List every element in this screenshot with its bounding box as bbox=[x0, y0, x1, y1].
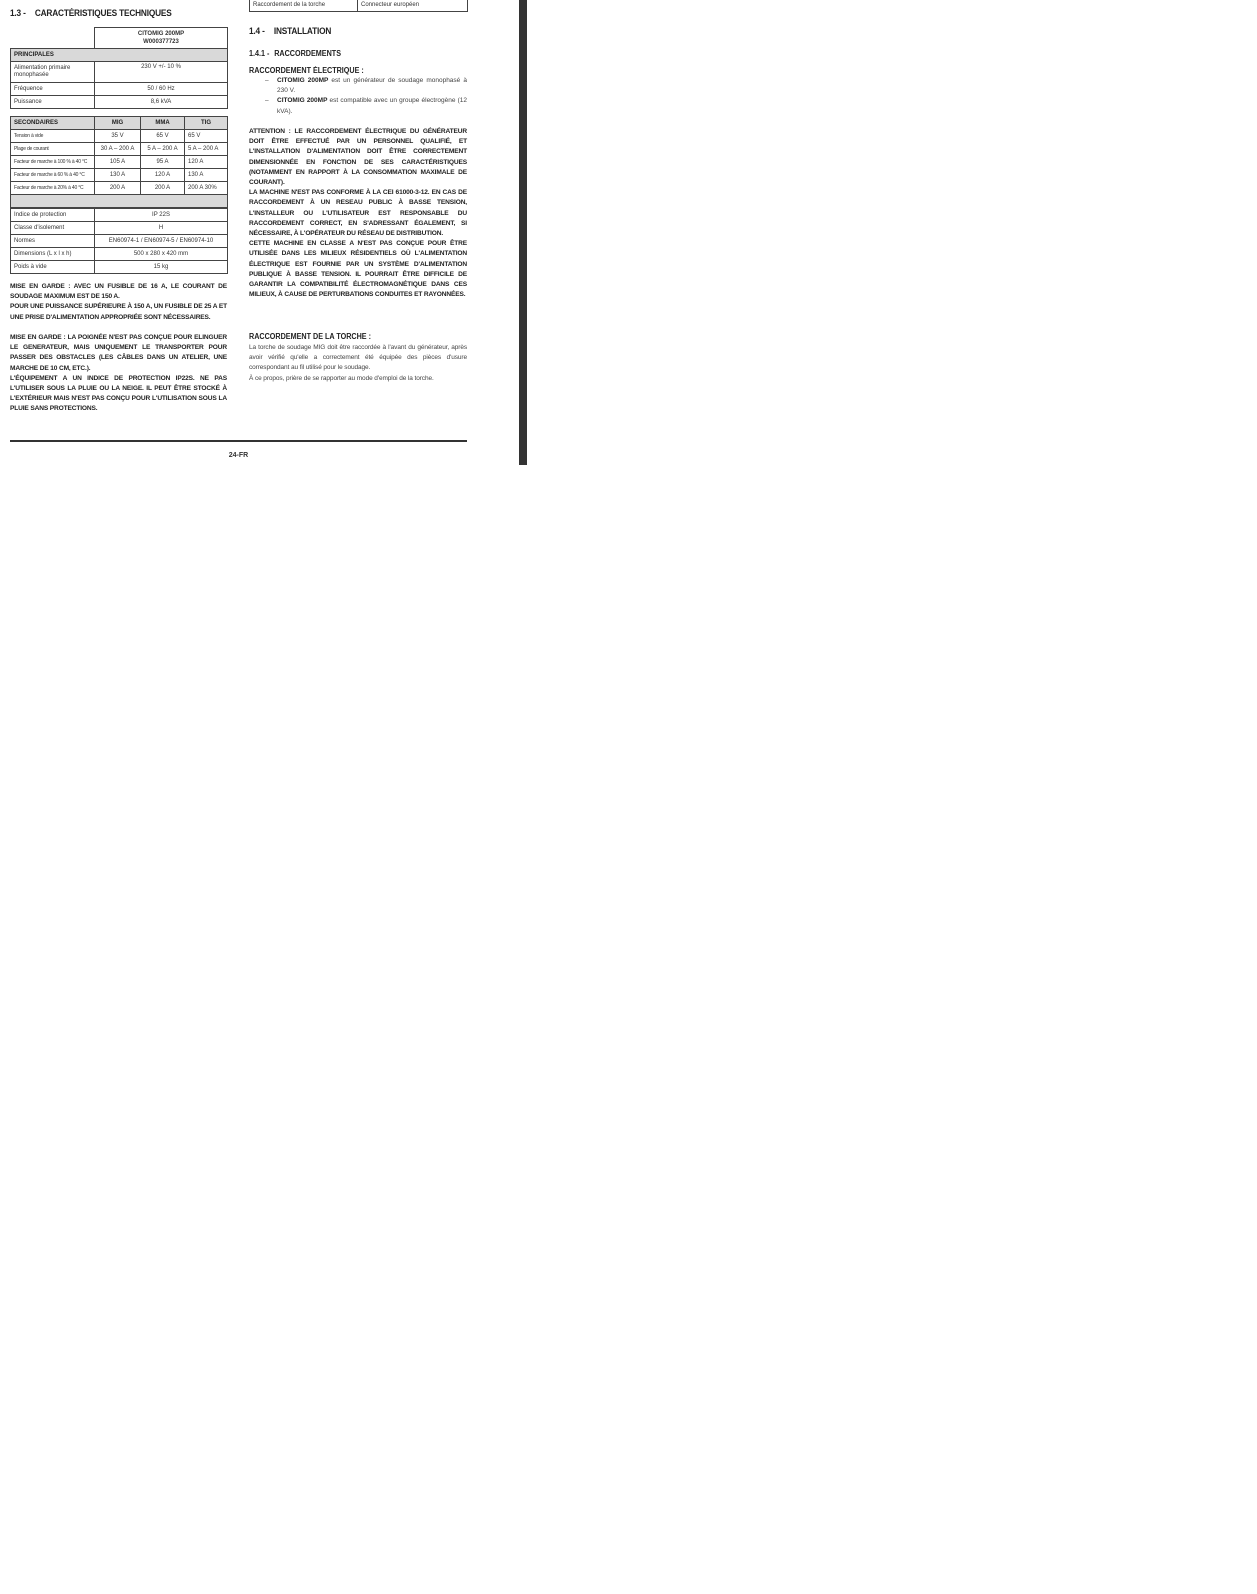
electrical-bullets: –CITOMIG 200MP est un générateur de soud… bbox=[249, 76, 467, 117]
subsection-title: RACCORDEMENTS bbox=[274, 49, 341, 58]
table-row: Classe d'isolement H bbox=[11, 222, 228, 235]
row-label: Facteur de marche à 100 % à 40 °C bbox=[11, 156, 95, 169]
row-label: Puissance bbox=[11, 96, 95, 109]
row-label: Fréquence bbox=[11, 83, 95, 96]
row-value: EN60974-1 / EN60974-5 / EN60974-10 bbox=[95, 235, 228, 248]
autres-table: Indice de protection IP 22S Classe d'iso… bbox=[10, 208, 228, 274]
torch-text-1: La torche de soudage MIG doit être racco… bbox=[249, 343, 467, 374]
mig-value: 30 A – 200 A bbox=[95, 143, 141, 156]
mig-value: 35 V bbox=[95, 130, 141, 143]
torch-connection-text: La torche de soudage MIG doit être racco… bbox=[249, 343, 467, 384]
tig-value: 120 A bbox=[185, 156, 228, 169]
row-label: Dimensions (L x l x h) bbox=[11, 248, 95, 261]
mma-value: 95 A bbox=[141, 156, 185, 169]
list-item: –CITOMIG 200MP est compatible avec un gr… bbox=[249, 96, 467, 116]
section-1-4-1-heading: 1.4.1 -RACCORDEMENTS bbox=[249, 49, 341, 58]
table-row: Raccordement de la torche Connecteur eur… bbox=[250, 0, 468, 12]
mma-header: MMA bbox=[141, 117, 185, 130]
table-row: Normes EN60974-1 / EN60974-5 / EN60974-1… bbox=[11, 235, 228, 248]
warning-fuse: MISE EN GARDE : AVEC UN FUSIBLE DE 16 A,… bbox=[10, 282, 227, 323]
row-label: Indice de protection bbox=[11, 209, 95, 222]
tig-value: 200 A 30% bbox=[185, 182, 228, 195]
section-title: CARACTÉRISTIQUES TECHNIQUES bbox=[35, 8, 172, 18]
warning-protection-text: L'ÉQUIPEMENT A UN INDICE DE PROTECTION I… bbox=[10, 374, 227, 415]
warning-handle: MISE EN GARDE : LA POIGNÉE N'EST PAS CON… bbox=[10, 333, 227, 415]
table-row: Facteur de marche à 100 % à 40 °C 105 A … bbox=[11, 156, 228, 169]
row-value: 15 kg bbox=[95, 261, 228, 274]
warning-fuse-text: MISE EN GARDE : AVEC UN FUSIBLE DE 16 A,… bbox=[10, 282, 227, 302]
row-label: Raccordement de la torche bbox=[250, 0, 358, 12]
attention-block: ATTENTION : LE RACCORDEMENT ÉLECTRIQUE D… bbox=[249, 127, 467, 300]
mig-value: 105 A bbox=[95, 156, 141, 169]
table-row: Puissance 8,6 kVA bbox=[11, 96, 228, 109]
electrical-connection-heading: RACCORDEMENT ÉLECTRIQUE : bbox=[249, 66, 364, 75]
empty-corner bbox=[11, 28, 95, 49]
row-value: 230 V +/- 10 % bbox=[95, 62, 228, 83]
warning-handle-text: MISE EN GARDE : LA POIGNÉE N'EST PAS CON… bbox=[10, 333, 227, 374]
page-number: 24-FR bbox=[10, 452, 467, 459]
subsection-number: 1.4.1 - bbox=[249, 49, 274, 58]
model-name: CITOMIG 200MP bbox=[277, 97, 327, 104]
section-1-4-heading: 1.4 -INSTALLATION bbox=[249, 26, 331, 36]
row-label: Tension à vide bbox=[11, 130, 95, 143]
table-row: Plage de courant 30 A – 200 A 5 A – 200 … bbox=[11, 143, 228, 156]
mig-value: 200 A bbox=[95, 182, 141, 195]
secondaires-header: SECONDAIRES bbox=[11, 117, 95, 130]
row-value: Connecteur européen bbox=[358, 0, 468, 12]
attention-text-3: CETTE MACHINE EN CLASSE A N'EST PAS CONÇ… bbox=[249, 239, 467, 300]
principales-header: PRINCIPALES bbox=[11, 49, 228, 62]
table-row: Alimentation primaire monophasée 230 V +… bbox=[11, 62, 228, 83]
tig-value: 130 A bbox=[185, 169, 228, 182]
mma-value: 65 V bbox=[141, 130, 185, 143]
torch-connection-table: Raccordement de la torche Connecteur eur… bbox=[249, 0, 468, 12]
autres-header bbox=[11, 195, 228, 208]
row-label: Poids à vide bbox=[11, 261, 95, 274]
section-title: INSTALLATION bbox=[274, 26, 331, 36]
secondaires-table: SECONDAIRES MIG MMA TIG Tension à vide 3… bbox=[10, 116, 228, 208]
row-label: Facteur de marche à 60 % à 40 °C bbox=[11, 169, 95, 182]
model-reference: W000377723 bbox=[98, 38, 224, 46]
model-header: CITOMIG 200MP W000377723 bbox=[95, 28, 228, 49]
row-label: Normes bbox=[11, 235, 95, 248]
warning-fuse-text-2: POUR UNE PUISSANCE SUPÉRIEURE À 150 A, U… bbox=[10, 302, 227, 322]
table-row: Fréquence 50 / 60 Hz bbox=[11, 83, 228, 96]
principales-table: CITOMIG 200MP W000377723 PRINCIPALES Ali… bbox=[10, 27, 228, 109]
model-name: CITOMIG 200MP bbox=[277, 77, 328, 84]
table-row: Dimensions (L x l x h) 500 x 280 x 420 m… bbox=[11, 248, 228, 261]
row-label: Plage de courant bbox=[11, 143, 95, 156]
mma-value: 120 A bbox=[141, 169, 185, 182]
row-value: 500 x 280 x 420 mm bbox=[95, 248, 228, 261]
row-value: 50 / 60 Hz bbox=[95, 83, 228, 96]
tig-value: 5 A – 200 A bbox=[185, 143, 228, 156]
row-value: IP 22S bbox=[95, 209, 228, 222]
attention-text-2: LA MACHINE N'EST PAS CONFORME À LA CEI 6… bbox=[249, 188, 467, 239]
table-row: Facteur de marche à 20% à 40 °C 200 A 20… bbox=[11, 182, 228, 195]
section-number: 1.4 - bbox=[249, 26, 274, 36]
tig-value: 65 V bbox=[185, 130, 228, 143]
page-edge-bar bbox=[519, 0, 527, 465]
list-item: –CITOMIG 200MP est un générateur de soud… bbox=[249, 76, 467, 96]
mma-value: 200 A bbox=[141, 182, 185, 195]
row-label: Classe d'isolement bbox=[11, 222, 95, 235]
table-row: Facteur de marche à 60 % à 40 °C 130 A 1… bbox=[11, 169, 228, 182]
mma-value: 5 A – 200 A bbox=[141, 143, 185, 156]
table-row: Tension à vide 35 V 65 V 65 V bbox=[11, 130, 228, 143]
row-label: Alimentation primaire monophasée bbox=[11, 62, 95, 83]
attention-text-1: ATTENTION : LE RACCORDEMENT ÉLECTRIQUE D… bbox=[249, 127, 467, 188]
section-1-3-heading: 1.3 -CARACTÉRISTIQUES TECHNIQUES bbox=[10, 8, 172, 18]
row-label: Facteur de marche à 20% à 40 °C bbox=[11, 182, 95, 195]
tig-header: TIG bbox=[185, 117, 228, 130]
model-name: CITOMIG 200MP bbox=[98, 30, 224, 38]
torch-text-2: À ce propos, prière de se rapporter au m… bbox=[249, 374, 467, 384]
row-value: 8,6 kVA bbox=[95, 96, 228, 109]
torch-connection-heading: RACCORDEMENT DE LA TORCHE : bbox=[249, 332, 371, 341]
mig-value: 130 A bbox=[95, 169, 141, 182]
mig-header: MIG bbox=[95, 117, 141, 130]
row-value: H bbox=[95, 222, 228, 235]
table-row: Poids à vide 15 kg bbox=[11, 261, 228, 274]
section-number: 1.3 - bbox=[10, 8, 35, 18]
table-row: Indice de protection IP 22S bbox=[11, 209, 228, 222]
footer-rule bbox=[10, 440, 467, 442]
